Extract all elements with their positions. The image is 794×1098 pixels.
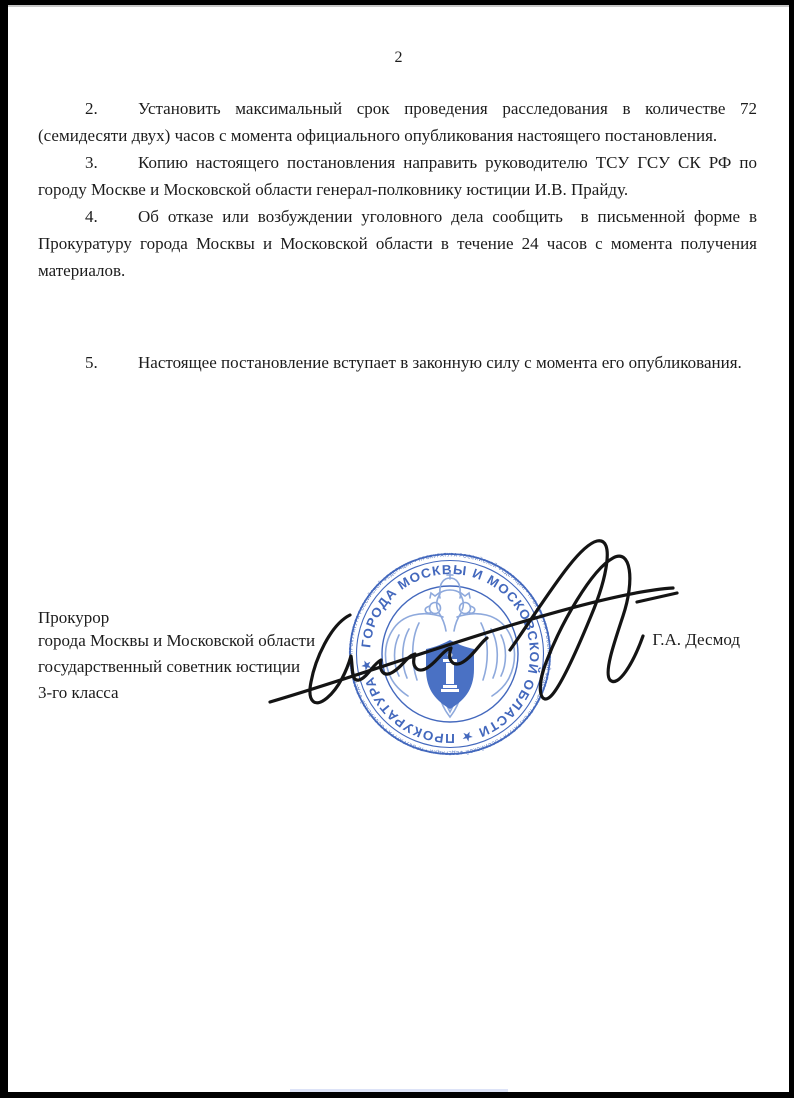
paragraph-5: 5.Настоящее постановление вступает в зак… — [38, 349, 757, 376]
paragraph-4: 4.Об отказе или возбуждении уголовного д… — [38, 203, 757, 284]
handwritten-signature — [255, 530, 685, 715]
paragraph-number: 2. — [85, 95, 138, 122]
scanned-document-screen: { "page": { "number": "2", "paragraphs":… — [0, 0, 794, 1098]
paragraph-text: Об отказе или возбуждении уголовного дел… — [38, 207, 757, 280]
paragraph-2: 2.Установить максимальный срок проведени… — [38, 95, 757, 149]
document-body: 2.Установить максимальный срок проведени… — [38, 95, 757, 376]
page-number: 2 — [8, 49, 789, 67]
paragraph-number: 3. — [85, 149, 138, 176]
paragraph-text: Установить максимальный срок проведения … — [38, 99, 757, 145]
paragraph-text: Настоящее постановление вступает в закон… — [138, 353, 742, 372]
scan-edge-line — [8, 5, 789, 7]
document-page: 2 2.Установить максимальный срок проведе… — [8, 5, 789, 1092]
paragraph-text: Копию настоящего постановления направить… — [38, 153, 757, 199]
scan-bottom-artifact — [290, 1089, 508, 1092]
paragraph-number: 4. — [85, 203, 138, 230]
paragraph-number: 5. — [85, 349, 138, 376]
paragraph-3: 3.Копию настоящего постановления направи… — [38, 149, 757, 203]
